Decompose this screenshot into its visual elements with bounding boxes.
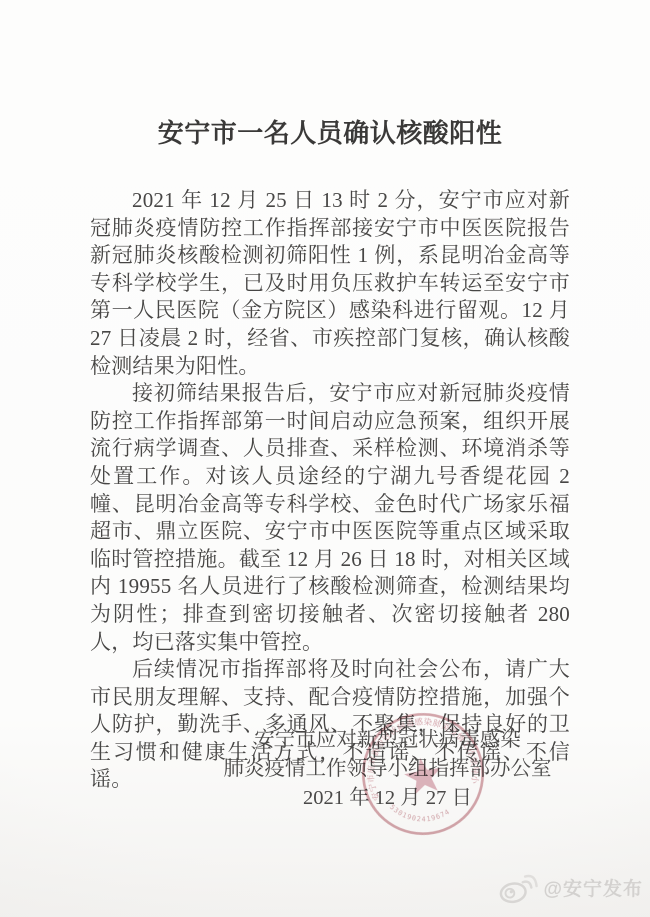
weibo-watermark: @安宁发布 (498, 865, 643, 909)
watermark-text: @安宁发布 (543, 874, 643, 901)
weibo-logo-icon (498, 867, 538, 907)
paragraph-initial-case: 2021 年 12 月 25 日 13 时 2 分，安宁市应对新冠肺炎疫情防控工… (90, 187, 570, 380)
seal-code: 5301902419674 (387, 793, 452, 829)
document-body: 安宁市一名人员确认核酸阳性 2021 年 12 月 25 日 13 时 2 分，… (90, 113, 570, 794)
document-photo: 安宁市一名人员确认核酸阳性 2021 年 12 月 25 日 13 时 2 分，… (0, 0, 650, 917)
paragraph-response-measures: 接初筛结果报告后，安宁市应对新冠肺炎疫情防控工作指挥部第一时间启动应急预案，组织… (90, 380, 570, 656)
official-seal-icon: 安宁市应对新型冠状病毒感染肺炎疫情工作领导小组指挥部 5301902419674 (339, 690, 506, 859)
document-title: 安宁市一名人员确认核酸阳性 (90, 113, 570, 150)
seal-star-icon (402, 755, 445, 796)
